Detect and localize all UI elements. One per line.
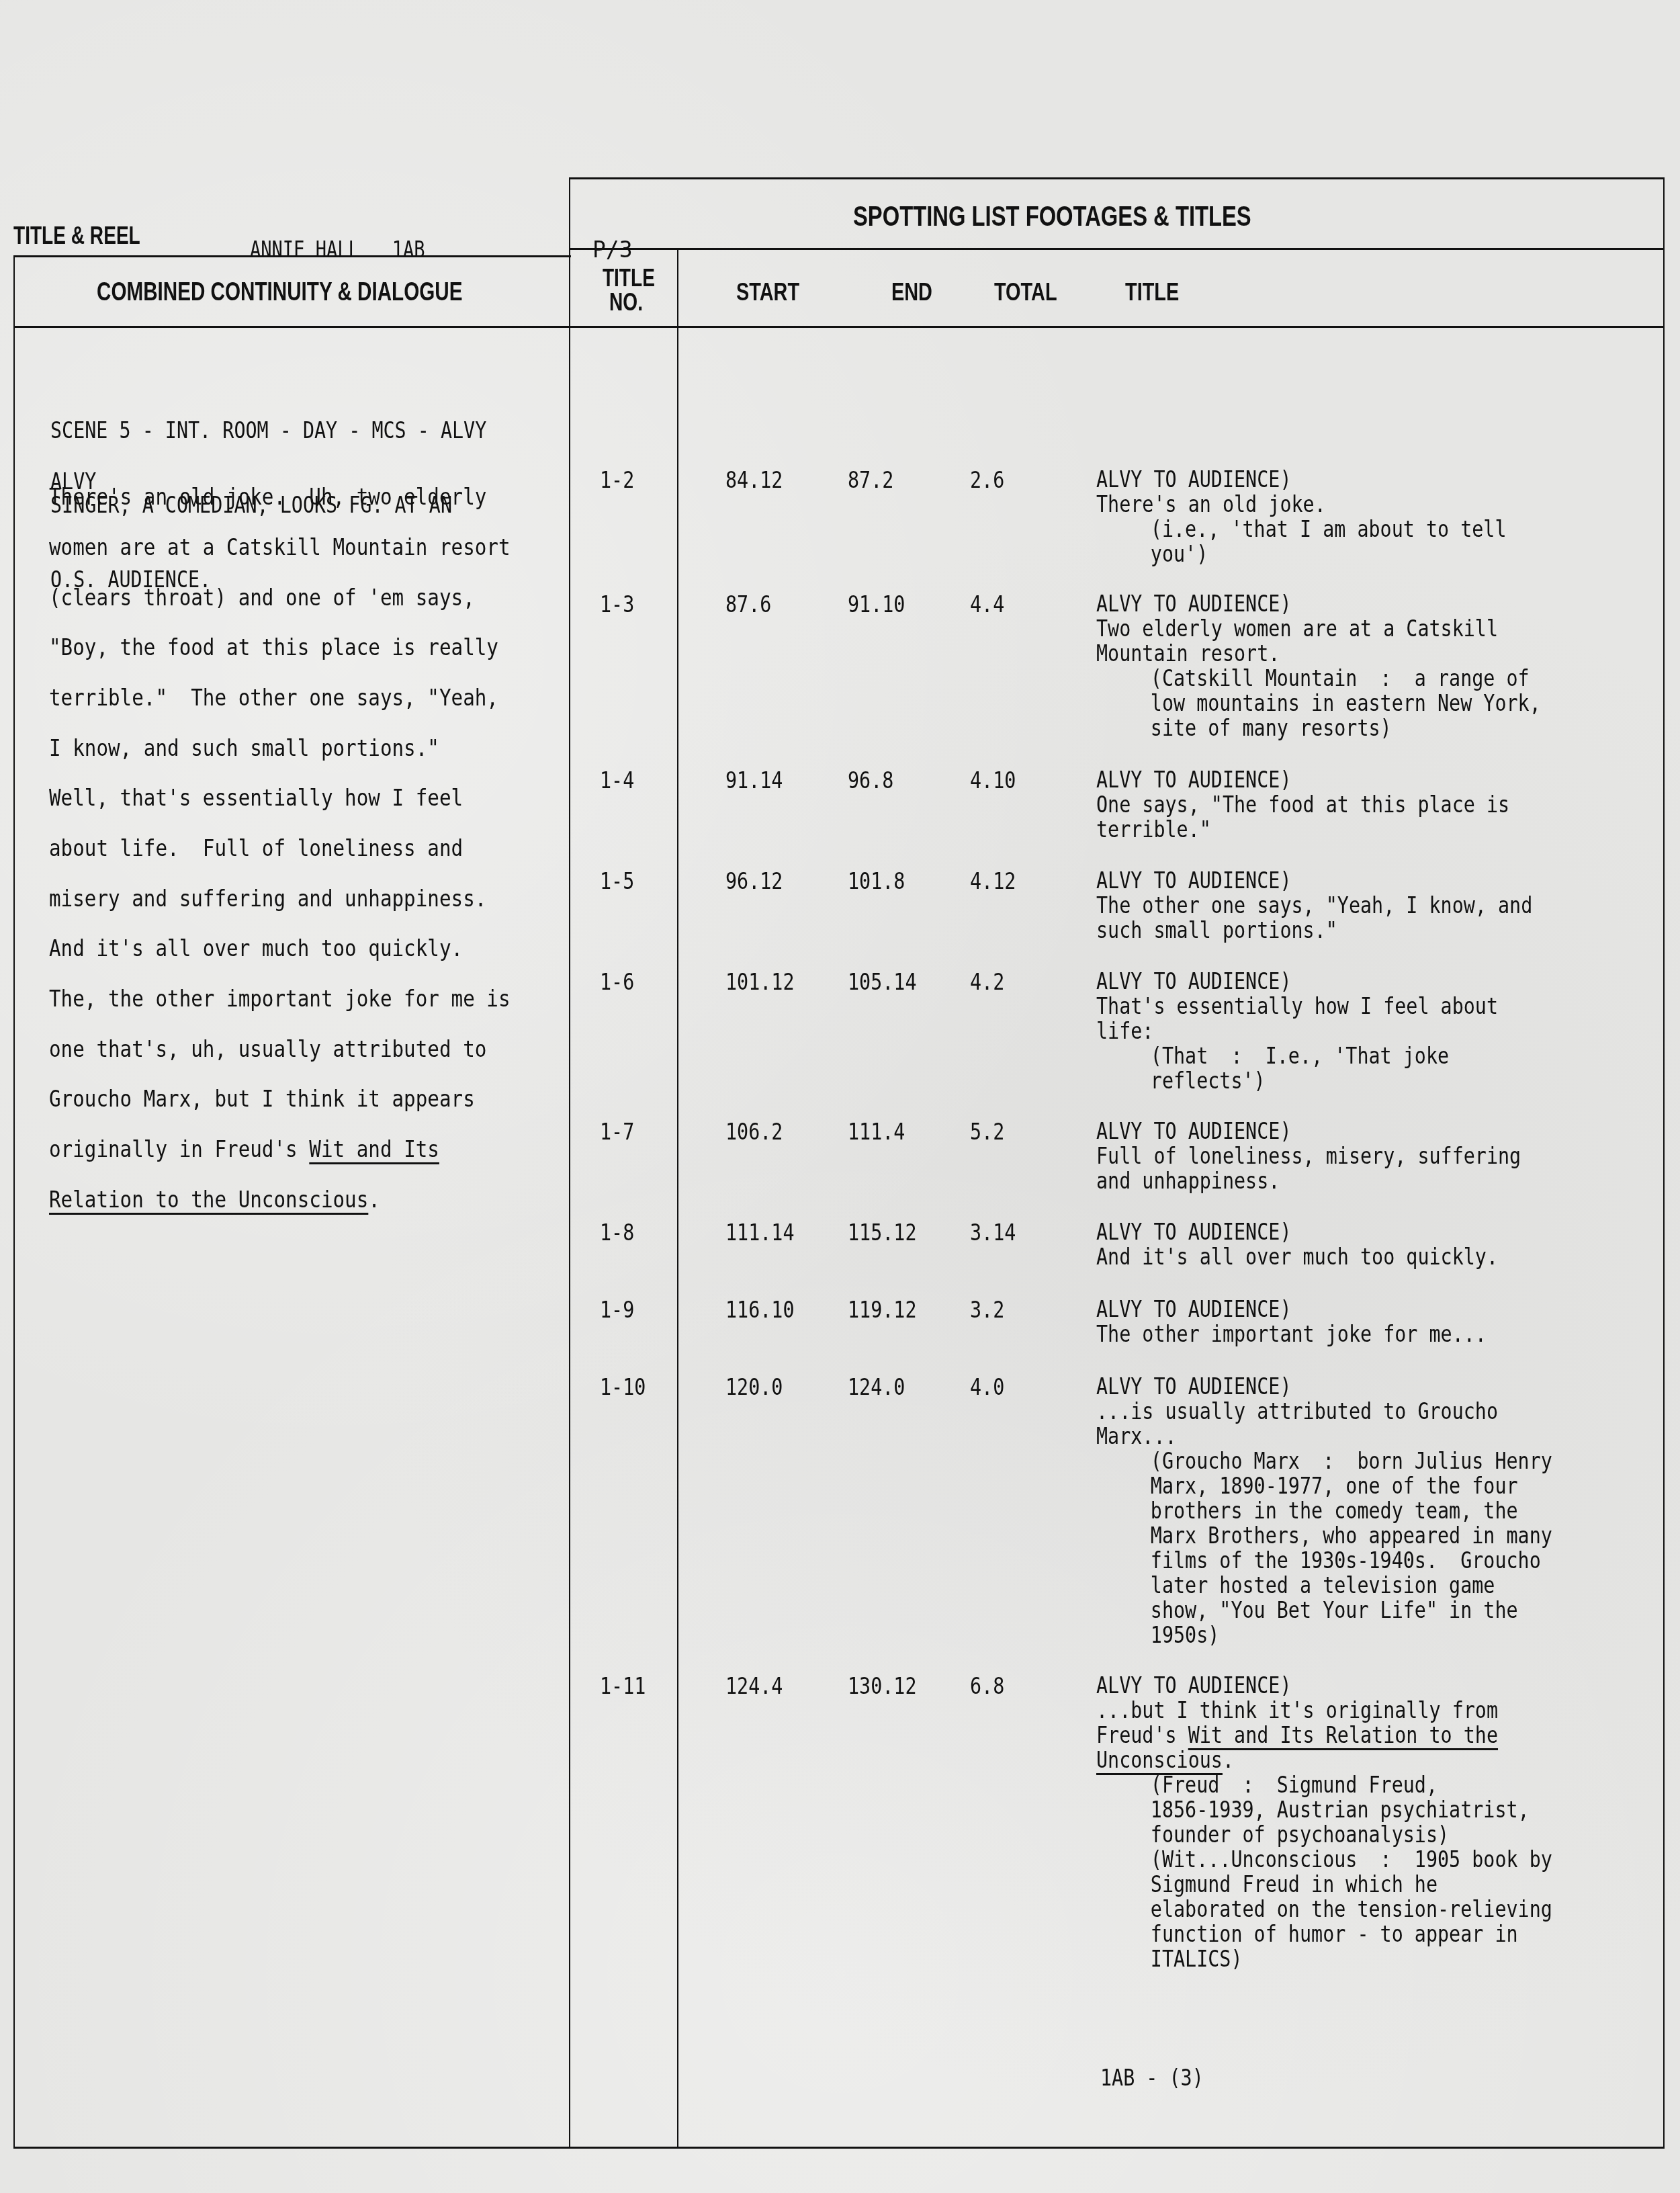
title-reel-label: TITLE & REEL: [13, 222, 140, 250]
subtitle-text-part: .: [1223, 1747, 1234, 1773]
start-footage: 106.2: [725, 1119, 783, 1145]
frame-header-bottom: [13, 326, 1665, 328]
subtitle-text-part: Freud's: [1096, 1722, 1188, 1748]
frame-left-edge: [13, 255, 15, 2148]
subtitle-text: ALVY TO AUDIENCE)One says, "The food at …: [1096, 767, 1509, 842]
title-no-heading: TITLE NO.: [603, 266, 650, 314]
column-header-start: START: [736, 278, 799, 306]
total-footage: 4.4: [970, 591, 1004, 617]
title-no-heading-line2: NO.: [603, 290, 650, 314]
start-footage: 96.12: [725, 868, 783, 894]
title-number: 1-3: [600, 591, 634, 617]
subtitle-text: ALVY TO AUDIENCE)The other one says, "Ye…: [1096, 868, 1532, 943]
start-footage: 120.0: [725, 1374, 783, 1400]
translator-note: low mountains in eastern New York,: [1096, 691, 1541, 716]
subtitle-text: ALVY TO AUDIENCE)And it's all over much …: [1096, 1219, 1498, 1269]
end-footage: 101.8: [848, 868, 905, 894]
film-title: ANNIE HALL 1AB: [250, 236, 425, 263]
dialogue-line: originally in Freud's Wit and Its: [49, 1136, 439, 1163]
subtitle-line: And it's all over much too quickly.: [1096, 1244, 1498, 1269]
translator-note: later hosted a television game: [1096, 1573, 1552, 1598]
end-footage: 119.12: [848, 1297, 917, 1323]
translator-note: site of many resorts): [1096, 716, 1541, 740]
total-footage: 4.2: [970, 969, 1004, 995]
column-header-end: END: [891, 278, 932, 306]
subtitle-line: That's essentially how I feel about: [1096, 994, 1498, 1019]
dialogue-line: There's an old joke. Uh, two elderly: [49, 484, 486, 511]
speaker-cue: ALVY TO AUDIENCE): [1096, 1673, 1552, 1698]
title-no-heading-line1: TITLE: [603, 266, 650, 290]
dialogue-line: (clears throat) and one of 'em says,: [49, 585, 475, 611]
start-footage: 101.12: [725, 969, 795, 995]
dialogue-line: about life. Full of loneliness and: [49, 835, 463, 862]
end-footage: 105.14: [848, 969, 917, 995]
book-title-underlined: Relation to the Unconscious: [49, 1187, 368, 1213]
start-footage: 124.4: [725, 1673, 783, 1699]
end-footage: 124.0: [848, 1374, 905, 1400]
title-number: 1-4: [600, 767, 634, 793]
subtitle-line: and unhappiness.: [1096, 1168, 1521, 1193]
frame-right-box-top: [570, 177, 1665, 179]
dialogue-line: The, the other important joke for me is: [49, 986, 511, 1013]
subtitle-line: life:: [1096, 1019, 1498, 1043]
subtitle-line: Freud's Wit and Its Relation to the: [1096, 1723, 1552, 1748]
end-footage: 87.2: [848, 467, 893, 493]
end-footage: 91.10: [848, 591, 905, 617]
subtitle-line: ...is usually attributed to Groucho: [1096, 1399, 1552, 1424]
title-number: 1-2: [600, 467, 634, 493]
speaker-cue: ALVY TO AUDIENCE): [1096, 868, 1532, 893]
start-footage: 91.14: [725, 767, 783, 793]
speaker-cue: ALVY TO AUDIENCE): [1096, 1297, 1487, 1322]
total-footage: 3.2: [970, 1297, 1004, 1323]
translator-note: elaborated on the tension-relieving: [1096, 1897, 1552, 1922]
frame-bottom: [13, 2147, 1665, 2149]
subtitle-line: The other one says, "Yeah, I know, and: [1096, 893, 1532, 918]
dialogue-line: "Boy, the food at this place is really: [49, 634, 498, 661]
reel-page-footer: 1AB - (3): [1100, 2065, 1204, 2091]
title-number: 1-11: [600, 1673, 646, 1699]
subtitle-text: ALVY TO AUDIENCE)There's an old joke.(i.…: [1096, 467, 1507, 566]
column-header-title: TITLE: [1125, 278, 1179, 306]
total-footage: 4.0: [970, 1374, 1004, 1400]
subtitle-line: One says, "The food at this place is: [1096, 792, 1509, 817]
translator-note: (That : I.e., 'That joke: [1096, 1043, 1498, 1068]
translator-note: films of the 1930s-1940s. Groucho: [1096, 1548, 1552, 1573]
dialogue-line: terrible." The other one says, "Yeah,: [49, 685, 498, 712]
subtitle-line: Full of loneliness, misery, suffering: [1096, 1144, 1521, 1168]
start-footage: 87.6: [725, 591, 771, 617]
spotting-list-heading: SPOTTING LIST FOOTAGES & TITLES: [853, 200, 1251, 232]
total-footage: 2.6: [970, 467, 1004, 493]
end-footage: 115.12: [848, 1219, 917, 1246]
frame-right-edge: [1663, 177, 1665, 2148]
continuity-heading: COMBINED CONTINUITY & DIALOGUE: [97, 278, 463, 307]
subtitle-line: Unconscious.: [1096, 1748, 1552, 1772]
dialogue-line: And it's all over much too quickly.: [49, 935, 463, 962]
subtitle-line: such small portions.": [1096, 918, 1532, 943]
subtitle-text: ALVY TO AUDIENCE)That's essentially how …: [1096, 969, 1498, 1093]
subtitle-text: ALVY TO AUDIENCE)The other important jok…: [1096, 1297, 1487, 1346]
translator-note: (Groucho Marx : born Julius Henry: [1096, 1449, 1552, 1473]
column-header-total: TOTAL: [994, 278, 1057, 306]
end-footage: 111.4: [848, 1119, 905, 1145]
translator-note: reflects'): [1096, 1068, 1498, 1093]
subtitle-line: ...but I think it's originally from: [1096, 1698, 1552, 1723]
translator-note: Sigmund Freud in which he: [1096, 1872, 1552, 1897]
dialogue-line: Groucho Marx, but I think it appears: [49, 1086, 475, 1113]
speaker-cue: ALVY TO AUDIENCE): [1096, 591, 1541, 616]
speaker-cue: ALVY TO AUDIENCE): [1096, 1119, 1521, 1144]
book-title-underlined: Unconscious: [1096, 1747, 1223, 1773]
subtitle-text: ALVY TO AUDIENCE)...is usually attribute…: [1096, 1374, 1552, 1647]
subtitle-text: ALVY TO AUDIENCE)...but I think it's ori…: [1096, 1673, 1552, 1971]
translator-note: brothers in the comedy team, the: [1096, 1498, 1552, 1523]
title-number: 1-8: [600, 1219, 634, 1246]
title-number: 1-10: [600, 1374, 646, 1400]
dialogue-line: one that's, uh, usually attributed to: [49, 1036, 486, 1063]
scene-line: SCENE 5 - INT. ROOM - DAY - MCS - ALVY: [50, 418, 486, 443]
page-code: P/3: [592, 236, 633, 263]
speaker-cue: ALVY TO AUDIENCE): [1096, 467, 1507, 492]
book-title-underlined: Wit and Its Relation to the: [1188, 1722, 1498, 1748]
translator-note: 1856-1939, Austrian psychiatrist,: [1096, 1797, 1552, 1822]
frame-continuity-divider: [569, 177, 570, 2148]
translator-note: Marx, 1890-1977, one of the four: [1096, 1473, 1552, 1498]
speaker-cue: ALVY TO AUDIENCE): [1096, 1374, 1552, 1399]
book-title-underlined: Wit and Its: [309, 1136, 439, 1163]
title-number: 1-9: [600, 1297, 634, 1323]
subtitle-line: Marx...: [1096, 1424, 1552, 1449]
title-number: 1-6: [600, 969, 634, 995]
translator-note: you'): [1096, 542, 1507, 566]
start-footage: 111.14: [725, 1219, 795, 1246]
translator-note: (Catskill Mountain : a range of: [1096, 666, 1541, 691]
start-footage: 116.10: [725, 1297, 795, 1323]
total-footage: 6.8: [970, 1673, 1004, 1699]
speaker-cue: ALVY TO AUDIENCE): [1096, 767, 1509, 792]
end-footage: 96.8: [848, 767, 893, 793]
dialogue-line: misery and suffering and unhappiness.: [49, 886, 486, 912]
frame-spotting-divider: [570, 248, 1665, 250]
translator-note: function of humor - to appear in: [1096, 1922, 1552, 1946]
translator-note: founder of psychoanalysis): [1096, 1822, 1552, 1847]
dialogue-text: originally in Freud's: [49, 1136, 309, 1163]
translator-note: (Wit...Unconscious : 1905 book by: [1096, 1847, 1552, 1872]
subtitle-line: Two elderly women are at a Catskill: [1096, 616, 1541, 641]
dialogue-line: Relation to the Unconscious.: [49, 1187, 380, 1213]
total-footage: 3.14: [970, 1219, 1016, 1246]
subtitle-text: ALVY TO AUDIENCE)Two elderly women are a…: [1096, 591, 1541, 740]
translator-note: ITALICS): [1096, 1946, 1552, 1971]
speaker-cue: ALVY TO AUDIENCE): [1096, 1219, 1498, 1244]
translator-note: Marx Brothers, who appeared in many: [1096, 1523, 1552, 1548]
total-footage: 4.12: [970, 868, 1016, 894]
subtitle-line: There's an old joke.: [1096, 492, 1507, 517]
dialogue-line: Well, that's essentially how I feel: [49, 785, 463, 812]
dialogue-text: .: [368, 1187, 380, 1213]
subtitle-line: The other important joke for me...: [1096, 1322, 1487, 1346]
dialogue-line: women are at a Catskill Mountain resort: [49, 534, 511, 561]
title-number: 1-7: [600, 1119, 634, 1145]
translator-note: show, "You Bet Your Life" in the: [1096, 1598, 1552, 1623]
speaker-cue: ALVY TO AUDIENCE): [1096, 969, 1498, 994]
title-number: 1-5: [600, 868, 634, 894]
translator-note: (Freud : Sigmund Freud,: [1096, 1772, 1552, 1797]
translator-note: 1950s): [1096, 1623, 1552, 1647]
total-footage: 4.10: [970, 767, 1016, 793]
subtitle-line: Mountain resort.: [1096, 641, 1541, 666]
frame-title-no-divider: [677, 248, 678, 2148]
total-footage: 5.2: [970, 1119, 1004, 1145]
end-footage: 130.12: [848, 1673, 917, 1699]
translator-note: (i.e., 'that I am about to tell: [1096, 517, 1507, 542]
subtitle-text: ALVY TO AUDIENCE)Full of loneliness, mis…: [1096, 1119, 1521, 1193]
start-footage: 84.12: [725, 467, 783, 493]
dialogue-line: I know, and such small portions.": [49, 735, 439, 762]
subtitle-line: terrible.": [1096, 817, 1509, 842]
